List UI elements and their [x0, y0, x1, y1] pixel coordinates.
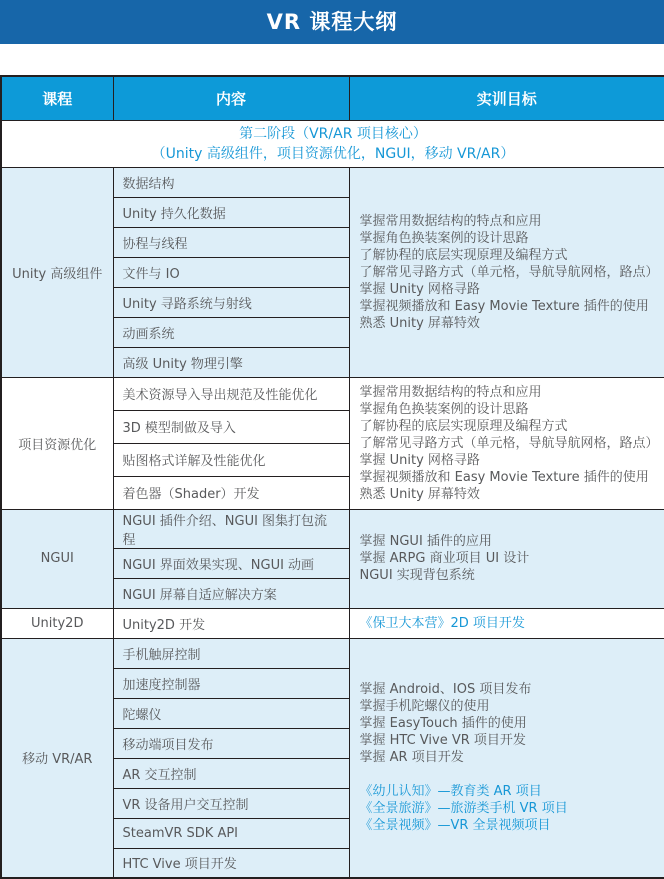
content-cell: 高级 Unity 物理引擎	[113, 347, 349, 377]
column-header-goals: 实训目标	[349, 76, 664, 120]
goals-cell-ngui: 掌握 NGUI 插件的应用 掌握 ARPG 商业项目 UI 设计 NGUI 实现…	[349, 509, 664, 608]
table-row: 项目资源优化 美术资源导入导出规范及性能优化 掌握常用数据结构的特点和应用 掌握…	[1, 377, 664, 410]
column-header-content: 内容	[113, 76, 349, 120]
content-cell: 3D 模型制做及导入	[113, 410, 349, 443]
goals-cell-resource-optimization: 掌握常用数据结构的特点和应用 掌握角色换装案例的设计思路 了解协程的底层实现原理…	[349, 377, 664, 509]
table-header-row: 课程 内容 实训目标	[1, 76, 664, 120]
goal-project-line: 《幼儿认知》—教育类 AR 项目	[360, 783, 655, 800]
stage-banner: 第二阶段（VR/AR 项目核心） （Unity 高级组件，项目资源优化，NGUI…	[1, 120, 664, 167]
goal-line: 了解协程的底层实现原理及编程方式	[360, 247, 655, 264]
goal-line: 掌握 Unity 网格寻路	[360, 281, 655, 298]
goal-line: 掌握 HTC Vive VR 项目开发	[360, 732, 655, 749]
content-cell: AR 交互控制	[113, 758, 349, 788]
content-cell: HTC Vive 项目开发	[113, 848, 349, 878]
table-row: Unity2D Unity2D 开发 《保卫大本营》2D 项目开发	[1, 608, 664, 638]
content-cell: VR 设备用户交互控制	[113, 788, 349, 818]
stage-line-2: （Unity 高级组件，项目资源优化，NGUI，移动 VR/AR）	[2, 144, 664, 164]
stage-line-1: 第二阶段（VR/AR 项目核心）	[2, 124, 664, 144]
content-cell: 陀螺仪	[113, 698, 349, 728]
content-cell: 数据结构	[113, 167, 349, 197]
goal-line: 了解常见寻路方式（单元格，导航导航网格，路点）	[360, 435, 655, 452]
content-cell: 贴图格式详解及性能优化	[113, 443, 349, 476]
course-outline-table: 课程 内容 实训目标 第二阶段（VR/AR 项目核心） （Unity 高级组件，…	[0, 75, 664, 879]
content-cell: Unity 寻路系统与射线	[113, 287, 349, 317]
goals-cell-unity-advanced: 掌握常用数据结构的特点和应用 掌握角色换装案例的设计思路 了解协程的底层实现原理…	[349, 167, 664, 377]
content-cell: 文件与 IO	[113, 257, 349, 287]
goal-line: 掌握角色换装案例的设计思路	[360, 401, 655, 418]
goal-project-line: 《保卫大本营》2D 项目开发	[360, 615, 655, 632]
content-cell: NGUI 界面效果实现、NGUI 动画	[113, 548, 349, 578]
column-header-course: 课程	[1, 76, 113, 120]
course-cell-unity-advanced: Unity 高级组件	[1, 167, 113, 377]
goal-project-line: 《全景视频》—VR 全景视频项目	[360, 817, 655, 834]
goal-line: 掌握 NGUI 插件的应用	[360, 533, 655, 550]
goal-line: 掌握视频播放和 Easy Movie Texture 插件的使用	[360, 298, 655, 315]
table-row: NGUI NGUI 插件介绍、NGUI 图集打包流程 掌握 NGUI 插件的应用…	[1, 509, 664, 548]
goal-line: 掌握 ARPG 商业项目 UI 设计	[360, 550, 655, 567]
goal-line: 掌握 AR 项目开发	[360, 749, 655, 766]
goal-line: 掌握 Android、IOS 项目发布	[360, 681, 655, 698]
content-cell: Unity 持久化数据	[113, 197, 349, 227]
course-cell-mobile-vr-ar: 移动 VR/AR	[1, 638, 113, 878]
goal-line: 掌握 EasyTouch 插件的使用	[360, 715, 655, 732]
goal-line: 掌握常用数据结构的特点和应用	[360, 213, 655, 230]
goal-line: 掌握 Unity 网格寻路	[360, 452, 655, 469]
content-cell: NGUI 屏幕自适应解决方案	[113, 578, 349, 608]
content-cell: 美术资源导入导出规范及性能优化	[113, 377, 349, 410]
content-cell: SteamVR SDK API	[113, 818, 349, 848]
content-cell: 移动端项目发布	[113, 728, 349, 758]
course-cell-resource-optimization: 项目资源优化	[1, 377, 113, 509]
goal-line: 熟悉 Unity 屏幕特效	[360, 486, 655, 503]
content-cell: NGUI 插件介绍、NGUI 图集打包流程	[113, 509, 349, 548]
content-cell: 加速度控制器	[113, 668, 349, 698]
goal-line: NGUI 实现背包系统	[360, 567, 655, 584]
goals-cell-unity2d: 《保卫大本营》2D 项目开发	[349, 608, 664, 638]
stage-banner-row: 第二阶段（VR/AR 项目核心） （Unity 高级组件，项目资源优化，NGUI…	[1, 120, 664, 167]
page-title: VR 课程大纲	[0, 0, 664, 44]
content-cell: Unity2D 开发	[113, 608, 349, 638]
content-cell: 动画系统	[113, 317, 349, 347]
goal-line: 掌握角色换装案例的设计思路	[360, 230, 655, 247]
goal-line: 掌握常用数据结构的特点和应用	[360, 384, 655, 401]
course-cell-ngui: NGUI	[1, 509, 113, 608]
content-cell: 手机触屏控制	[113, 638, 349, 668]
content-cell: 协程与线程	[113, 227, 349, 257]
goal-line: 掌握手机陀螺仪的使用	[360, 698, 655, 715]
table-row: Unity 高级组件 数据结构 掌握常用数据结构的特点和应用 掌握角色换装案例的…	[1, 167, 664, 197]
goal-spacer	[360, 766, 655, 783]
goal-project-line: 《全景旅游》—旅游类手机 VR 项目	[360, 800, 655, 817]
table-row: 移动 VR/AR 手机触屏控制 掌握 Android、IOS 项目发布 掌握手机…	[1, 638, 664, 668]
title-gap	[0, 44, 664, 75]
course-cell-unity2d: Unity2D	[1, 608, 113, 638]
goal-line: 了解常见寻路方式（单元格，导航导航网格，路点）	[360, 264, 655, 281]
goal-line: 熟悉 Unity 屏幕特效	[360, 315, 655, 332]
goals-cell-mobile-vr-ar: 掌握 Android、IOS 项目发布 掌握手机陀螺仪的使用 掌握 EasyTo…	[349, 638, 664, 878]
goal-line: 掌握视频播放和 Easy Movie Texture 插件的使用	[360, 469, 655, 486]
goal-line: 了解协程的底层实现原理及编程方式	[360, 418, 655, 435]
content-cell: 着色器（Shader）开发	[113, 476, 349, 509]
